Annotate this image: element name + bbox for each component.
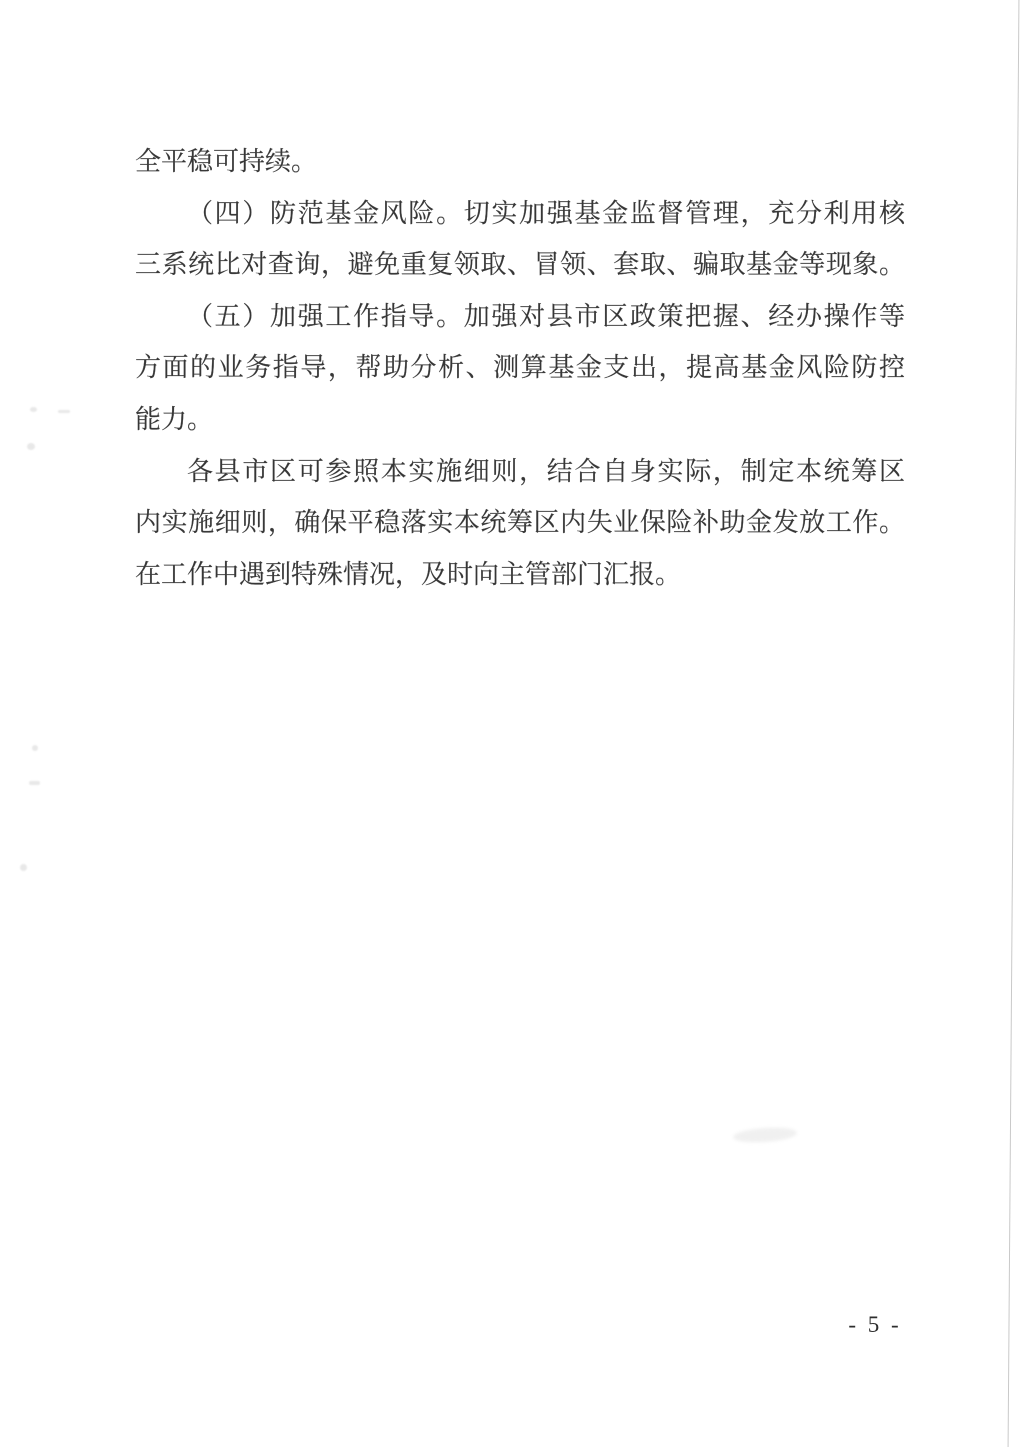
document-page: 全平稳可持续。（四）防范基金风险。切实加强基金监督管理，充分利用核三系统比对查询… — [0, 0, 1024, 1447]
text-line: 在工作中遇到特殊情况，及时向主管部门汇报。 — [135, 549, 905, 601]
text-line: 能力。 — [135, 394, 905, 446]
text-line: （四）防范基金风险。切实加强基金监督管理，充分利用核 — [135, 188, 905, 240]
text-line: 方面的业务指导，帮助分析、测算基金支出，提高基金风险防控 — [135, 342, 905, 394]
document-text: 全平稳可持续。（四）防范基金风险。切实加强基金监督管理，充分利用核三系统比对查询… — [135, 136, 905, 600]
text-line: 各县市区可参照本实施细则，结合自身实际，制定本统筹区 — [135, 446, 905, 498]
text-line: 三系统比对查询，避免重复领取、冒领、套取、骗取基金等现象。 — [135, 239, 905, 291]
page-number: - 5 - — [800, 1312, 950, 1338]
scan-edge-line — [1008, 0, 1020, 1447]
scan-smudge — [733, 1126, 798, 1144]
scan-artifact — [30, 407, 37, 412]
text-line: 内实施细则，确保平稳落实本统筹区内失业保险补助金发放工作。 — [135, 497, 905, 549]
text-line: 全平稳可持续。 — [135, 136, 905, 188]
scan-artifact — [20, 864, 27, 871]
scan-artifact — [27, 443, 35, 450]
text-line: （五）加强工作指导。加强对县市区政策把握、经办操作等 — [135, 291, 905, 343]
scan-artifact — [29, 781, 40, 785]
scan-artifact — [32, 745, 38, 751]
scan-artifact — [58, 410, 70, 413]
